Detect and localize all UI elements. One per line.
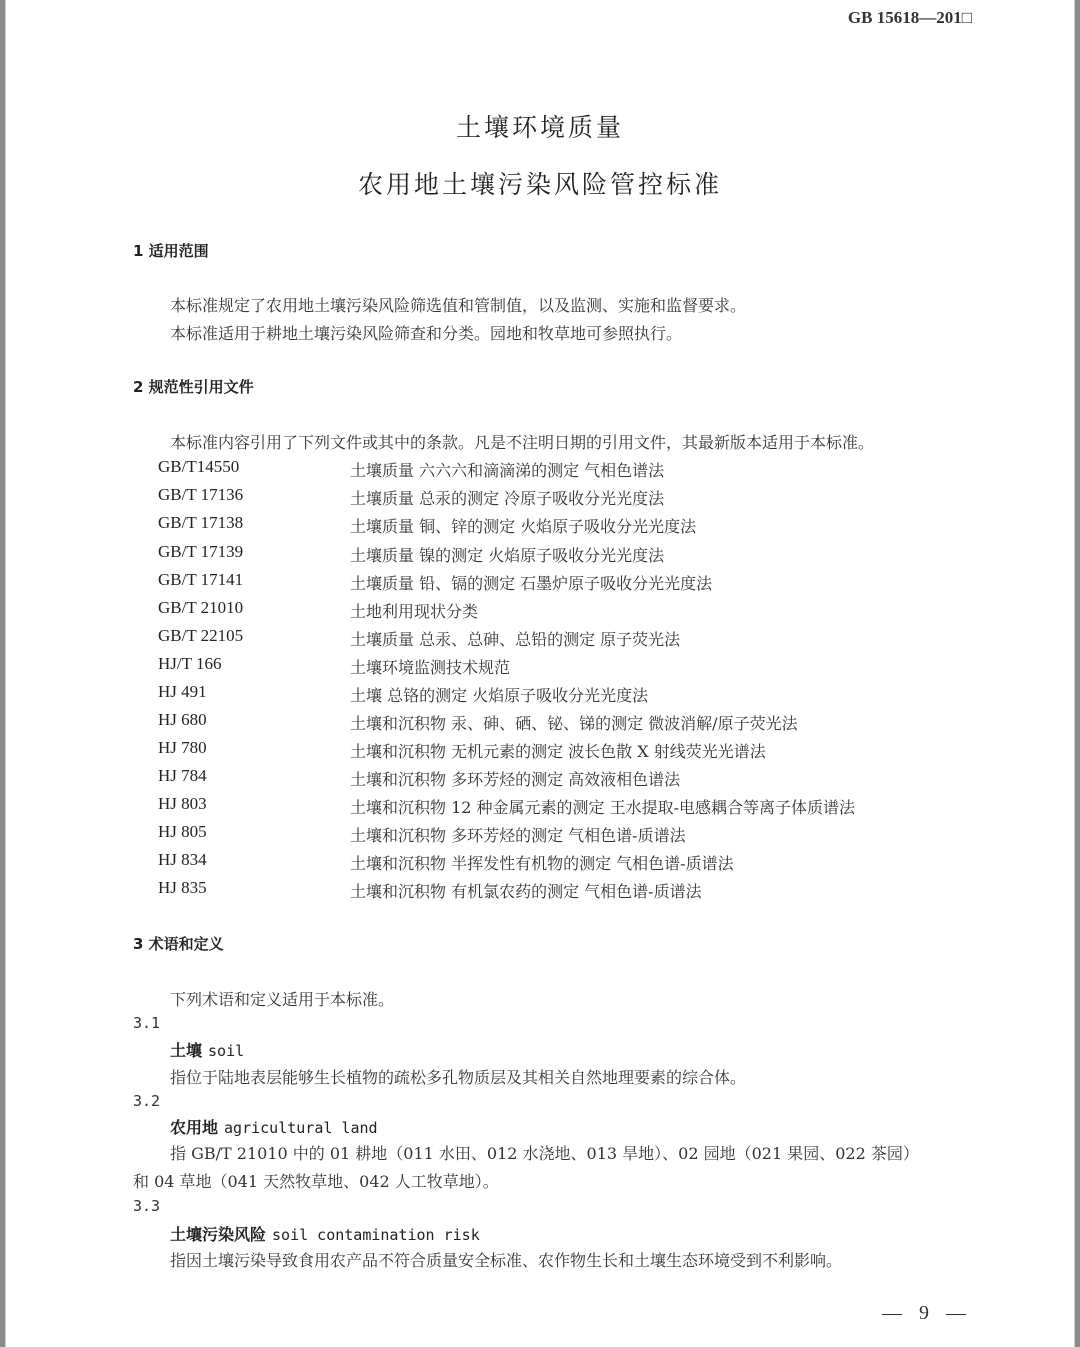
reference-code: HJ 803 — [158, 794, 207, 814]
reference-title: 土壤质量 总汞、总砷、总铅的测定 原子荧光法 — [350, 627, 680, 650]
reference-code: HJ 834 — [158, 850, 207, 870]
term-english: agricultural land — [224, 1119, 378, 1137]
term-heading: 土壤soil — [170, 1038, 244, 1061]
reference-title: 土壤环境监测技术规范 — [350, 655, 510, 678]
term-definition: 指因土壤污染导致食用农产品不符合质量安全标准、农作物生长和土壤生态环境受到不利影… — [170, 1248, 842, 1271]
reference-title: 土壤和沉积物 多环芳烃的测定 气相色谱-质谱法 — [350, 823, 686, 846]
term-definition: 指位于陆地表层能够生长植物的疏松多孔物质层及其相关自然地理要素的综合体。 — [170, 1065, 746, 1088]
title-line-2: 农用地土壤污染风险管控标准 — [0, 165, 1080, 201]
reference-title: 土壤质量 镍的测定 火焰原子吸收分光光度法 — [350, 543, 664, 566]
reference-title: 土壤质量 铅、镉的测定 石墨炉原子吸收分光光度法 — [350, 571, 712, 594]
reference-code: HJ 805 — [158, 822, 207, 842]
reference-title: 土壤和沉积物 12 种金属元素的测定 王水提取-电感耦合等离子体质谱法 — [350, 795, 855, 818]
reference-code: HJ 491 — [158, 682, 207, 702]
reference-code: HJ 835 — [158, 878, 207, 898]
term-definition: 和 04 草地（041 天然牧草地、042 人工牧草地）。 — [133, 1169, 499, 1192]
reference-title: 土壤和沉积物 汞、砷、硒、铋、锑的测定 微波消解/原子荧光法 — [350, 711, 798, 734]
clause-number: 3.1 — [133, 1014, 160, 1032]
reference-code: HJ 784 — [158, 766, 207, 786]
reference-title: 土壤和沉积物 无机元素的测定 波长色散 X 射线荧光光谱法 — [350, 739, 766, 762]
section-3-heading: 3 术语和定义 — [133, 933, 224, 954]
term-chinese: 土壤污染风险 — [170, 1225, 266, 1244]
reference-code: GB/T 17136 — [158, 485, 243, 505]
reference-title: 土壤和沉积物 有机氯农药的测定 气相色谱-质谱法 — [350, 879, 702, 902]
reference-title: 土壤 总铬的测定 火焰原子吸收分光光度法 — [350, 683, 648, 706]
reference-title: 土地利用现状分类 — [350, 599, 478, 622]
reference-code: GB/T 22105 — [158, 626, 243, 646]
reference-code: GB/T 17141 — [158, 570, 243, 590]
section-2-heading: 2 规范性引用文件 — [133, 376, 254, 397]
term-chinese: 土壤 — [170, 1041, 202, 1060]
reference-code: HJ 780 — [158, 738, 207, 758]
clause-number: 3.2 — [133, 1092, 160, 1110]
reference-title: 土壤质量 铜、锌的测定 火焰原子吸收分光光度法 — [350, 514, 696, 537]
section-1-paragraph: 本标准规定了农用地土壤污染风险筛选值和管制值，以及监测、实施和监督要求。 — [170, 293, 746, 316]
term-english: soil — [208, 1042, 244, 1060]
reference-title: 土壤质量 总汞的测定 冷原子吸收分光光度法 — [350, 486, 664, 509]
term-english: soil contamination risk — [272, 1226, 480, 1244]
section-1-heading: 1 适用范围 — [133, 240, 209, 261]
term-definition: 指 GB/T 21010 中的 01 耕地（011 水田、012 水浇地、013… — [170, 1141, 919, 1164]
section-1-paragraph: 本标准适用于耕地土壤污染风险筛查和分类。园地和牧草地可参照执行。 — [170, 321, 682, 344]
term-heading: 土壤污染风险soil contamination risk — [170, 1222, 480, 1245]
title-line-1: 土壤环境质量 — [0, 108, 1080, 144]
reference-title: 土壤和沉积物 半挥发性有机物的测定 气相色谱-质谱法 — [350, 851, 734, 874]
reference-code: HJ/T 166 — [158, 654, 221, 674]
page-right-edge — [1075, 0, 1080, 1347]
reference-code: HJ 680 — [158, 710, 207, 730]
reference-code: GB/T14550 — [158, 457, 239, 477]
reference-title: 土壤质量 六六六和滴滴涕的测定 气相色谱法 — [350, 458, 664, 481]
reference-code: GB/T 17139 — [158, 542, 243, 562]
section-3-intro: 下列术语和定义适用于本标准。 — [170, 987, 394, 1010]
page-number: — 9 — — [882, 1302, 972, 1325]
clause-number: 3.3 — [133, 1197, 160, 1215]
reference-code: GB/T 17138 — [158, 513, 243, 533]
term-heading: 农用地agricultural land — [170, 1115, 378, 1138]
reference-title: 土壤和沉积物 多环芳烃的测定 高效液相色谱法 — [350, 767, 680, 790]
document-code: GB 15618—201□ — [848, 8, 972, 28]
page-left-edge — [0, 0, 5, 1347]
reference-code: GB/T 21010 — [158, 598, 243, 618]
section-2-intro: 本标准内容引用了下列文件或其中的条款。凡是不注明日期的引用文件，其最新版本适用于… — [170, 430, 874, 453]
term-chinese: 农用地 — [170, 1118, 218, 1137]
